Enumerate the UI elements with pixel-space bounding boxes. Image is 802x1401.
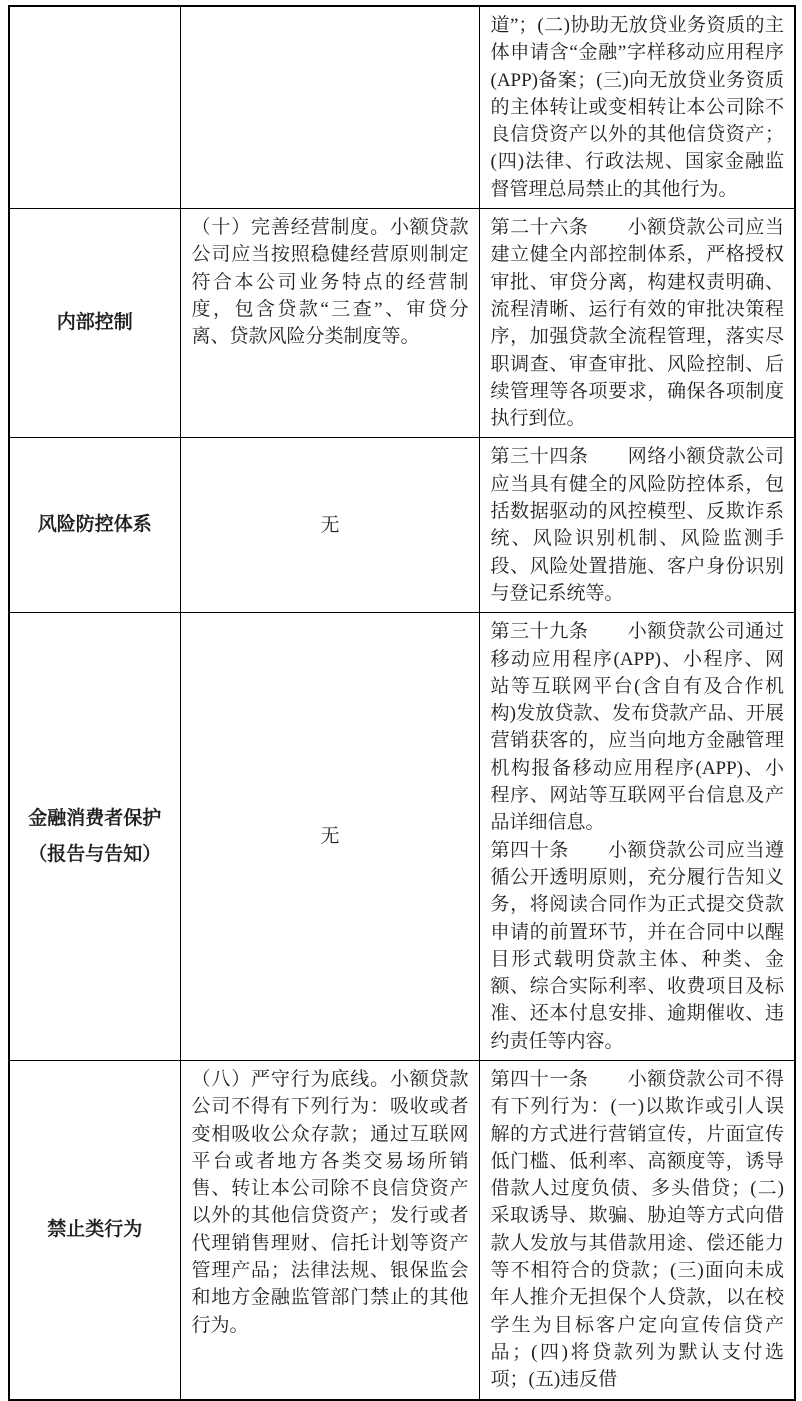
regulation-cell-continuation: 道”；(二)协助无放贷业务资质的主体申请含“金融”字样移动应用程序(APP)备案… — [479, 6, 795, 209]
table-row: 风险防控体系 无 第三十四条 网络小额贷款公司应当具有健全的风险防控体系，包括数… — [9, 438, 795, 613]
table-row: 内部控制 （十）完善经营制度。小额贷款公司应当按照稳健经营原则制定符合本公司业务… — [9, 209, 795, 438]
regulation-cell-internal-control: 第二十六条 小额贷款公司应当建立健全内部控制体系，严格授权审批、审贷分离，构建权… — [479, 209, 795, 438]
category-cell-risk-control: 风险防控体系 — [9, 438, 180, 613]
regulation-paragraph: 第四十一条 小额贷款公司不得有下列行为：(一)以欺诈或引人误解的方式进行营销宣传… — [491, 1066, 785, 1186]
regulation-paragraph: 第三十九条 小额贷款公司通过移动应用程序(APP)、小程序、网站等互联网平台(含… — [491, 618, 785, 836]
category-cell-empty — [9, 6, 180, 209]
policy-none-value: 无 — [320, 826, 339, 847]
category-label-line2: （报告与告知） — [16, 837, 174, 873]
policy-paragraph: （八）严守行为底线。小额贷款公司不得有下列行为：吸收或者变相吸收公众存款；通过互… — [192, 1066, 469, 1186]
category-label: 风险防控体系 — [16, 507, 174, 543]
policy-cell-empty — [180, 6, 479, 209]
regulation-comparison-table: 道”；(二)协助无放贷业务资质的主体申请含“金融”字样移动应用程序(APP)备案… — [8, 5, 796, 1186]
policy-cell-consumer-protection: 无 — [180, 613, 479, 1061]
category-cell-internal-control: 内部控制 — [9, 209, 180, 438]
regulation-paragraph: 第四十条 小额贷款公司应当遵循公开透明原则，充分履行告知义务，将阅读合同作为正式… — [491, 837, 785, 1055]
table-row: 金融消费者保护 （报告与告知） 无 第三十九条 小额贷款公司通过移动应用程序(A… — [9, 613, 795, 1061]
category-label: 内部控制 — [16, 305, 174, 341]
table-row: 禁止类行为 （八）严守行为底线。小额贷款公司不得有下列行为：吸收或者变相吸收公众… — [9, 1060, 795, 1186]
table-row: 道”；(二)协助无放贷业务资质的主体申请含“金融”字样移动应用程序(APP)备案… — [9, 6, 795, 209]
category-label: 金融消费者保护 — [16, 801, 174, 837]
regulation-cell-consumer-protection: 第三十九条 小额贷款公司通过移动应用程序(APP)、小程序、网站等互联网平台(含… — [479, 613, 795, 1061]
regulation-cell-prohibited-conduct: 第四十一条 小额贷款公司不得有下列行为：(一)以欺诈或引人误解的方式进行营销宣传… — [479, 1060, 795, 1186]
policy-cell-internal-control: （十）完善经营制度。小额贷款公司应当按照稳健经营原则制定符合本公司业务特点的经营… — [180, 209, 479, 438]
regulation-cell-risk-control: 第三十四条 网络小额贷款公司应当具有健全的风险防控体系，包括数据驱动的风控模型、… — [479, 438, 795, 613]
regulation-paragraph: 道”；(二)协助无放贷业务资质的主体申请含“金融”字样移动应用程序(APP)备案… — [491, 12, 785, 203]
regulation-paragraph: 第三十四条 网络小额贷款公司应当具有健全的风险防控体系，包括数据驱动的风控模型、… — [491, 443, 785, 607]
category-cell-consumer-protection: 金融消费者保护 （报告与告知） — [9, 613, 180, 1061]
category-cell-prohibited-conduct: 禁止类行为 — [9, 1060, 180, 1186]
policy-cell-prohibited-conduct: （八）严守行为底线。小额贷款公司不得有下列行为：吸收或者变相吸收公众存款；通过互… — [180, 1060, 479, 1186]
policy-cell-risk-control: 无 — [180, 438, 479, 613]
policy-none-value: 无 — [320, 515, 339, 536]
policy-paragraph: （十）完善经营制度。小额贷款公司应当按照稳健经营原则制定符合本公司业务特点的经营… — [192, 214, 469, 350]
regulation-paragraph: 第二十六条 小额贷款公司应当建立健全内部控制体系，严格授权审批、审贷分离，构建权… — [491, 214, 785, 432]
